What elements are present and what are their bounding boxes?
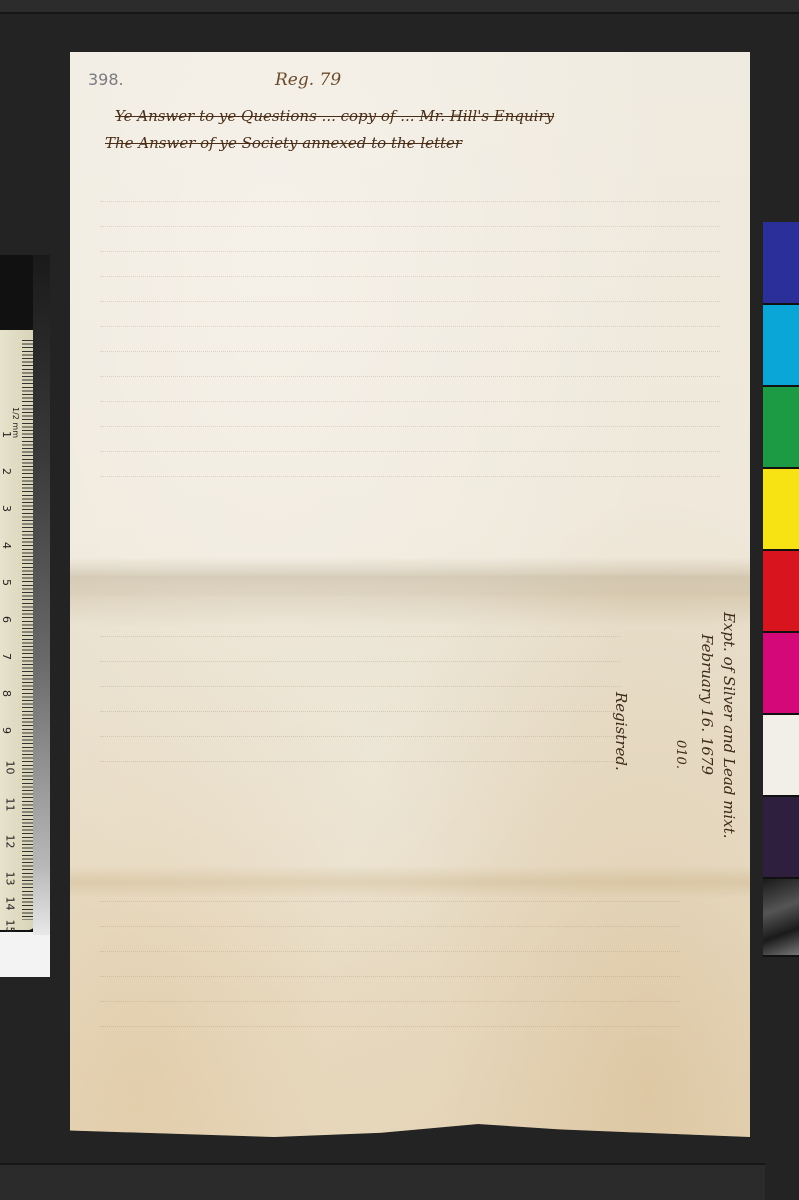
ruler-number: 1 bbox=[0, 431, 13, 438]
ruler-number: 5 bbox=[0, 579, 13, 586]
color-patch-yellow bbox=[763, 469, 799, 551]
bleed-through-line bbox=[100, 467, 720, 477]
color-patch-blue bbox=[763, 222, 799, 305]
endorsement-date: February 16. 1679 bbox=[698, 634, 716, 775]
bleed-through-line bbox=[100, 1017, 680, 1027]
bleed-through-line bbox=[100, 992, 680, 1002]
color-patch-cyan bbox=[763, 305, 799, 387]
bleed-through-line bbox=[100, 192, 720, 202]
ruler-body: 1/2 mm 1 2 3 4 5 6 7 8 9 10 11 12 13 14 … bbox=[0, 330, 36, 930]
fold-crease bbox=[70, 557, 750, 597]
bleed-through-line bbox=[100, 967, 680, 977]
ruler-number: 8 bbox=[0, 690, 13, 697]
ruler-number: 14 bbox=[4, 897, 17, 911]
bleed-through-line bbox=[100, 727, 620, 737]
bleed-through-line bbox=[100, 292, 720, 302]
bleed-through-line bbox=[100, 217, 720, 227]
bleed-through-line bbox=[100, 417, 720, 427]
bleed-through-line bbox=[100, 702, 620, 712]
endorsement-title: Expt. of Silver and Lead mixt. bbox=[720, 612, 738, 839]
bleed-through-line bbox=[100, 752, 620, 762]
ruler-number: 10 bbox=[4, 761, 17, 775]
folio-number: 398. bbox=[88, 70, 124, 89]
color-patch-red bbox=[763, 551, 799, 633]
struck-line: Ye Answer to ye Questions ... copy of ..… bbox=[115, 107, 554, 125]
ruler-number: 4 bbox=[0, 542, 13, 549]
ruler-number: 9 bbox=[0, 727, 13, 734]
ruler-number: 3 bbox=[0, 505, 13, 512]
ruler-number: 13 bbox=[4, 872, 17, 886]
color-patch-black bbox=[763, 879, 799, 957]
color-patch-purple bbox=[763, 797, 799, 879]
bleed-through-line bbox=[100, 317, 720, 327]
struck-line: The Answer of ye Society annexed to the … bbox=[105, 134, 462, 152]
color-calibration-chart bbox=[763, 222, 799, 957]
bleed-through-line bbox=[100, 367, 720, 377]
ruler-number: 7 bbox=[0, 653, 13, 660]
bleed-through-line bbox=[100, 442, 720, 452]
color-patch-white bbox=[763, 715, 799, 797]
ruler-number: 6 bbox=[0, 616, 13, 623]
bleed-through-line bbox=[100, 892, 680, 902]
bleed-through-line bbox=[100, 917, 680, 927]
gray-scale-strip bbox=[33, 255, 50, 935]
endorsement-registered: Registred. bbox=[612, 692, 630, 771]
ruler-base bbox=[0, 932, 50, 977]
color-patch-magenta bbox=[763, 633, 799, 715]
bleed-through-line bbox=[100, 677, 620, 687]
bleed-through-line bbox=[100, 942, 680, 952]
bleed-through-line bbox=[100, 342, 720, 352]
bleed-through-line bbox=[100, 627, 620, 637]
manuscript-page: 398. Reg. 79 Ye Answer to ye Questions .… bbox=[70, 52, 750, 1137]
endorsement-number: 010. bbox=[673, 740, 688, 769]
ruler-number: 2 bbox=[0, 468, 13, 475]
bleed-through-line bbox=[100, 652, 620, 662]
mount-bottom-band bbox=[0, 1163, 765, 1200]
mount-top-band bbox=[0, 0, 799, 14]
bleed-through-line bbox=[100, 392, 720, 402]
bleed-through-line bbox=[100, 242, 720, 252]
bleed-through-line bbox=[100, 267, 720, 277]
register-reference: Reg. 79 bbox=[275, 70, 341, 90]
ruler-number: 11 bbox=[4, 798, 17, 812]
ruler-number: 12 bbox=[4, 835, 17, 849]
color-patch-green bbox=[763, 387, 799, 469]
